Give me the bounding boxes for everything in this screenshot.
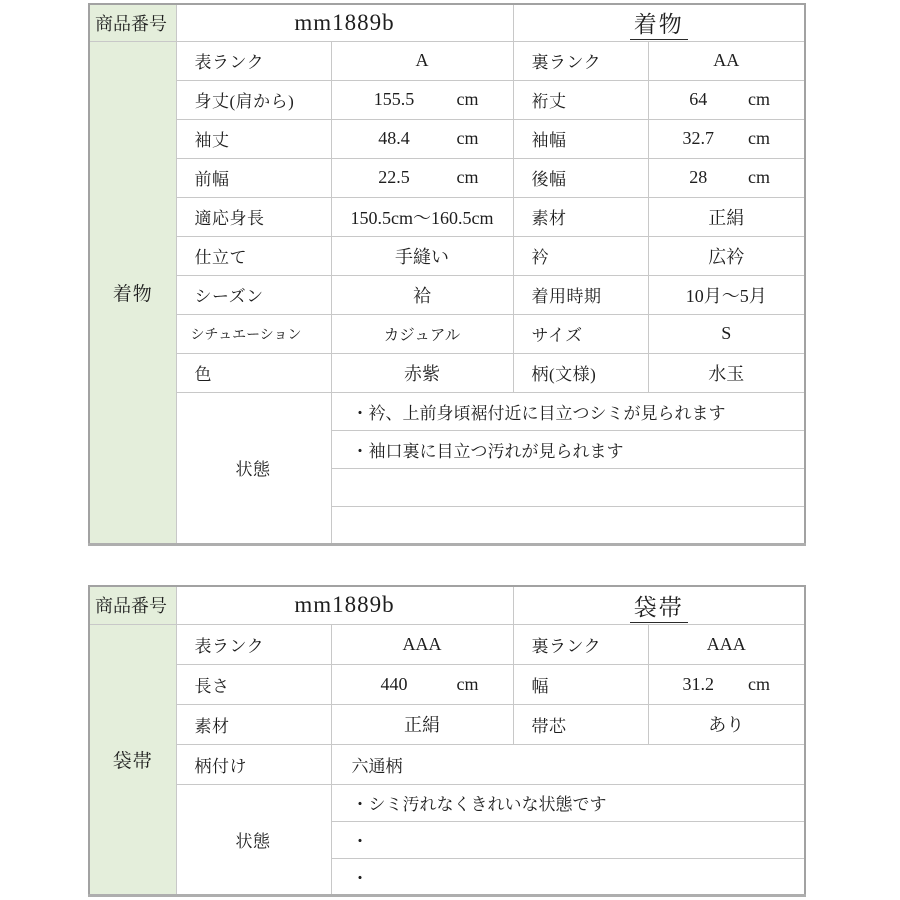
table-row: 適応身長 150.5cm〜160.5cm 素材 正絹 bbox=[89, 197, 805, 236]
table-row: 身丈(肩から) 155.5cm 裄丈 64cm bbox=[89, 80, 805, 119]
value-text: AAA bbox=[649, 634, 805, 655]
table-row: シーズン 袷 着用時期 10月〜5月 bbox=[89, 275, 805, 314]
pattern-value: 六通柄 bbox=[331, 744, 805, 784]
row-value: AA bbox=[648, 41, 805, 80]
row-value: あり bbox=[648, 704, 805, 744]
value-text: 150.5cm〜160.5cm bbox=[332, 204, 513, 230]
row-value: A bbox=[331, 41, 513, 80]
table-row: 着物 表ランク A 裏ランク AA bbox=[89, 41, 805, 80]
unit-text: cm bbox=[457, 674, 513, 695]
table-row: 長さ 440cm 幅 31.2cm bbox=[89, 664, 805, 704]
row-label: 表ランク bbox=[176, 624, 331, 664]
table-row: 素材 正絹 帯芯 あり bbox=[89, 704, 805, 744]
row-label: 着用時期 bbox=[513, 275, 648, 314]
condition-note: ・ bbox=[331, 821, 805, 858]
pattern-row: 柄付け 六通柄 bbox=[89, 744, 805, 784]
row-label: 長さ bbox=[176, 664, 331, 704]
row-label: サイズ bbox=[513, 314, 648, 353]
value-text: 広衿 bbox=[649, 243, 805, 269]
row-label: 裄丈 bbox=[513, 80, 648, 119]
value-text: S bbox=[649, 323, 805, 344]
condition-note: ・袖口裏に目立つ汚れが見られます bbox=[331, 430, 805, 468]
unit-text: cm bbox=[457, 89, 513, 110]
row-value: AAA bbox=[331, 624, 513, 664]
side-label: 袋帯 bbox=[89, 624, 176, 895]
row-label: シチュエーション bbox=[176, 314, 331, 353]
product-number-value: mm1889b bbox=[176, 586, 513, 624]
value-text: 水玉 bbox=[649, 360, 805, 386]
row-value: 22.5cm bbox=[331, 158, 513, 197]
row-label: 前幅 bbox=[176, 158, 331, 197]
row-label: 裏ランク bbox=[513, 624, 648, 664]
row-value: 28cm bbox=[648, 158, 805, 197]
condition-label: 状態 bbox=[176, 784, 331, 895]
product-number-value: mm1889b bbox=[176, 4, 513, 41]
kimono-spec-table: 商品番号 mm1889b 着物 着物 表ランク A 裏ランク AA 身丈(肩から… bbox=[88, 3, 806, 546]
row-label: 袖丈 bbox=[176, 119, 331, 158]
condition-note: ・衿、上前身頃裾付近に目立つシミが見られます bbox=[331, 392, 805, 430]
row-value: 32.7cm bbox=[648, 119, 805, 158]
unit-text: cm bbox=[748, 89, 804, 110]
row-value: 正絹 bbox=[331, 704, 513, 744]
value-text: 440 bbox=[332, 674, 457, 695]
row-value: 袷 bbox=[331, 275, 513, 314]
value-text: 155.5 bbox=[332, 89, 457, 110]
table-row: 袋帯 表ランク AAA 裏ランク AAA bbox=[89, 624, 805, 664]
row-label: 適応身長 bbox=[176, 197, 331, 236]
unit-text: cm bbox=[748, 674, 804, 695]
row-value: 正絹 bbox=[648, 197, 805, 236]
row-label: 後幅 bbox=[513, 158, 648, 197]
condition-note bbox=[331, 506, 805, 544]
value-text: カジュアル bbox=[332, 323, 513, 345]
table-row: 色 赤紫 柄(文様) 水玉 bbox=[89, 353, 805, 392]
value-text: 正絹 bbox=[649, 204, 805, 230]
table-row: シチュエーション カジュアル サイズ S bbox=[89, 314, 805, 353]
condition-label: 状態 bbox=[176, 392, 331, 544]
value-text: あり bbox=[649, 711, 805, 737]
category-title-cell: 着物 bbox=[513, 4, 805, 41]
condition-note: ・ bbox=[331, 858, 805, 895]
unit-text: cm bbox=[748, 128, 804, 149]
value-text: AAA bbox=[332, 634, 513, 655]
row-label: シーズン bbox=[176, 275, 331, 314]
table-header-row: 商品番号 mm1889b 着物 bbox=[89, 4, 805, 41]
table-row: 前幅 22.5cm 後幅 28cm bbox=[89, 158, 805, 197]
unit-text: cm bbox=[748, 167, 804, 188]
value-text: 28 bbox=[649, 167, 749, 188]
category-title: 袋帯 bbox=[630, 595, 688, 623]
unit-text: cm bbox=[457, 167, 513, 188]
product-number-label: 商品番号 bbox=[89, 586, 176, 624]
row-label: 衿 bbox=[513, 236, 648, 275]
unit-text: cm bbox=[457, 128, 513, 149]
row-value: 赤紫 bbox=[331, 353, 513, 392]
row-value: 広衿 bbox=[648, 236, 805, 275]
side-label: 着物 bbox=[89, 41, 176, 544]
value-text: 正絹 bbox=[332, 711, 513, 737]
row-value: 64cm bbox=[648, 80, 805, 119]
row-value: 31.2cm bbox=[648, 664, 805, 704]
condition-note bbox=[331, 468, 805, 506]
obi-spec-table: 商品番号 mm1889b 袋帯 袋帯 表ランク AAA 裏ランク AAA 長さ … bbox=[88, 585, 806, 897]
value-text: 手縫い bbox=[332, 243, 513, 269]
row-value: 48.4cm bbox=[331, 119, 513, 158]
value-text: 48.4 bbox=[332, 128, 457, 149]
row-label: 色 bbox=[176, 353, 331, 392]
value-text: 10月〜5月 bbox=[649, 282, 805, 308]
value-text: 赤紫 bbox=[332, 360, 513, 386]
value-text: AA bbox=[649, 50, 805, 71]
row-label: 素材 bbox=[513, 197, 648, 236]
table-header-row: 商品番号 mm1889b 袋帯 bbox=[89, 586, 805, 624]
value-text: 袷 bbox=[332, 282, 513, 308]
value-text: 31.2 bbox=[649, 674, 749, 695]
product-number-label: 商品番号 bbox=[89, 4, 176, 41]
row-value: 水玉 bbox=[648, 353, 805, 392]
row-label: 柄(文様) bbox=[513, 353, 648, 392]
condition-note: ・シミ汚れなくきれいな状態です bbox=[331, 784, 805, 821]
row-value: 155.5cm bbox=[331, 80, 513, 119]
condition-row: 状態 ・シミ汚れなくきれいな状態です bbox=[89, 784, 805, 821]
category-title: 着物 bbox=[630, 12, 688, 40]
table-row: 袖丈 48.4cm 袖幅 32.7cm bbox=[89, 119, 805, 158]
table-row: 仕立て 手縫い 衿 広衿 bbox=[89, 236, 805, 275]
row-label: 裏ランク bbox=[513, 41, 648, 80]
value-text: 32.7 bbox=[649, 128, 749, 149]
condition-row: 状態 ・衿、上前身頃裾付近に目立つシミが見られます bbox=[89, 392, 805, 430]
row-label: 幅 bbox=[513, 664, 648, 704]
row-value: 150.5cm〜160.5cm bbox=[331, 197, 513, 236]
category-title-cell: 袋帯 bbox=[513, 586, 805, 624]
row-label: 帯芯 bbox=[513, 704, 648, 744]
value-text: 22.5 bbox=[332, 167, 457, 188]
value-text: A bbox=[332, 50, 513, 71]
row-label: 素材 bbox=[176, 704, 331, 744]
row-label: 袖幅 bbox=[513, 119, 648, 158]
row-value: S bbox=[648, 314, 805, 353]
row-value: 手縫い bbox=[331, 236, 513, 275]
value-text: 64 bbox=[649, 89, 749, 110]
row-value: AAA bbox=[648, 624, 805, 664]
row-value: カジュアル bbox=[331, 314, 513, 353]
row-label: 表ランク bbox=[176, 41, 331, 80]
pattern-label: 柄付け bbox=[176, 744, 331, 784]
row-value: 440cm bbox=[331, 664, 513, 704]
row-label: 身丈(肩から) bbox=[176, 80, 331, 119]
row-value: 10月〜5月 bbox=[648, 275, 805, 314]
row-label: 仕立て bbox=[176, 236, 331, 275]
